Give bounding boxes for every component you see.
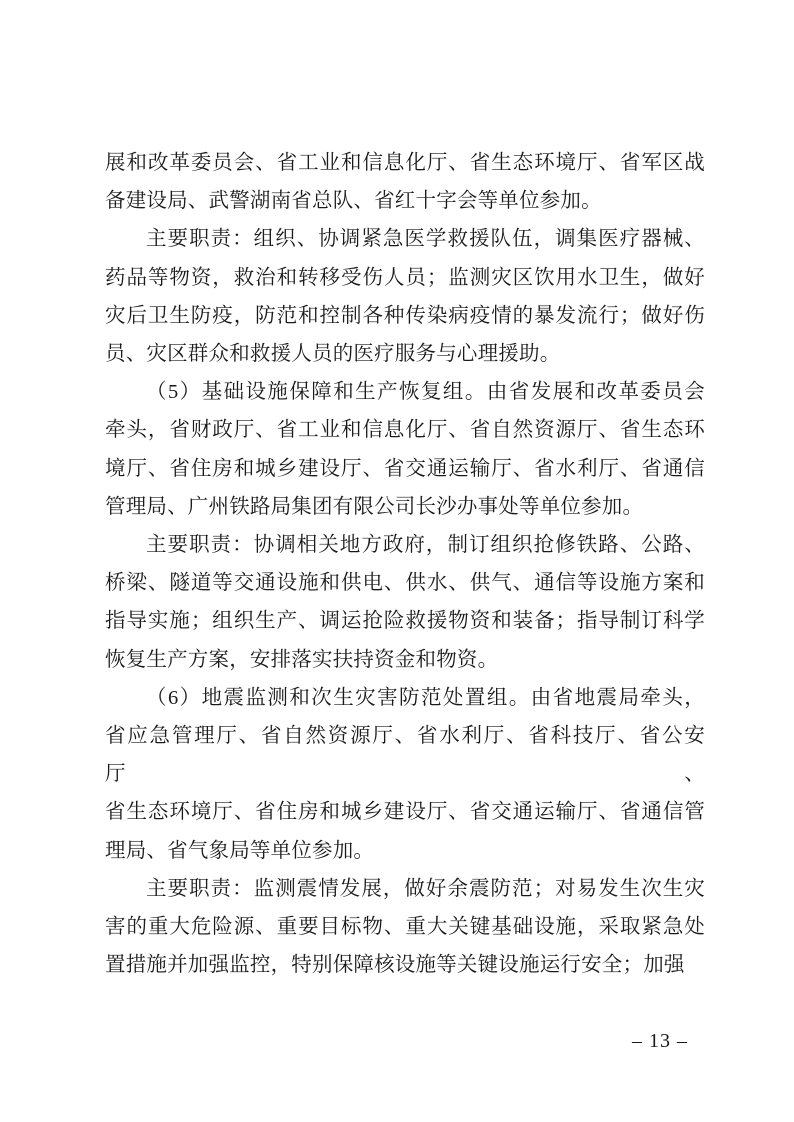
paragraph: （6）地震监测和次生灾害防范处置组。由省地震局牵头，省应急管理厅、省自然资源厅、… bbox=[105, 679, 705, 870]
text-line: 管理局、广州铁路局集团有限公司长沙办事处等单位参加。 bbox=[105, 488, 705, 526]
text-line: 药品等物资，救治和转移受伤人员；监测灾区饮用水卫生，做好 bbox=[105, 259, 705, 297]
paragraph: （5）基础设施保障和生产恢复组。由省发展和改革委员会牵头，省财政厅、省工业和信息… bbox=[105, 373, 705, 526]
text-line: （5）基础设施保障和生产恢复组。由省发展和改革委员会 bbox=[105, 373, 705, 411]
paragraph: 展和改革委员会、省工业和信息化厅、省生态环境厅、省军区战备建设局、武警湖南省总队… bbox=[105, 144, 705, 220]
text-line: 恢复生产方案，安排落实扶持资金和物资。 bbox=[105, 641, 705, 679]
text-line: 主要职责：组织、协调紧急医学救援队伍，调集医疗器械、 bbox=[105, 220, 705, 258]
text-line: 牵头，省财政厅、省工业和信息化厅、省自然资源厅、省生态环 bbox=[105, 411, 705, 449]
text-line: 灾后卫生防疫，防范和控制各种传染病疫情的暴发流行；做好伤 bbox=[105, 297, 705, 335]
document-page: 展和改革委员会、省工业和信息化厅、省生态环境厅、省军区战备建设局、武警湖南省总队… bbox=[0, 0, 794, 1122]
page-number: – 13 – bbox=[0, 1026, 688, 1056]
text-line: （6）地震监测和次生灾害防范处置组。由省地震局牵头， bbox=[105, 679, 705, 717]
text-line: 主要职责：协调相关地方政府，制订组织抢修铁路、公路、 bbox=[105, 526, 705, 564]
paragraph: 主要职责：协调相关地方政府，制订组织抢修铁路、公路、桥梁、隧道等交通设施和供电、… bbox=[105, 526, 705, 679]
paragraph: 主要职责：组织、协调紧急医学救援队伍，调集医疗器械、药品等物资，救治和转移受伤人… bbox=[105, 220, 705, 373]
text-line: 展和改革委员会、省工业和信息化厅、省生态环境厅、省军区战 bbox=[105, 144, 705, 182]
text-line: 害的重大危险源、重要目标物、重大关键基础设施，采取紧急处 bbox=[105, 908, 705, 946]
paragraph: 主要职责：监测震情发展，做好余震防范；对易发生次生灾害的重大危险源、重要目标物、… bbox=[105, 870, 705, 985]
text-line: 理局、省气象局等单位参加。 bbox=[105, 832, 705, 870]
text-line: 省应急管理厅、省自然资源厅、省水利厅、省科技厅、省公安厅、 bbox=[105, 717, 705, 793]
text-line: 指导实施；组织生产、调运抢险救援物资和装备；指导制订科学 bbox=[105, 602, 705, 640]
text-line: 主要职责：监测震情发展，做好余震防范；对易发生次生灾 bbox=[105, 870, 705, 908]
text-line: 桥梁、隧道等交通设施和供电、供水、供气、通信等设施方案和 bbox=[105, 564, 705, 602]
text-line: 备建设局、武警湖南省总队、省红十字会等单位参加。 bbox=[105, 182, 705, 220]
text-line: 置措施并加强监控，特别保障核设施等关键设施运行安全；加强 bbox=[105, 946, 705, 984]
text-line: 境厅、省住房和城乡建设厅、省交通运输厅、省水利厅、省通信 bbox=[105, 450, 705, 488]
document-body: 展和改革委员会、省工业和信息化厅、省生态环境厅、省军区战备建设局、武警湖南省总队… bbox=[105, 144, 705, 984]
text-line: 员、灾区群众和救援人员的医疗服务与心理援助。 bbox=[105, 335, 705, 373]
text-line: 省生态环境厅、省住房和城乡建设厅、省交通运输厅、省通信管 bbox=[105, 793, 705, 831]
